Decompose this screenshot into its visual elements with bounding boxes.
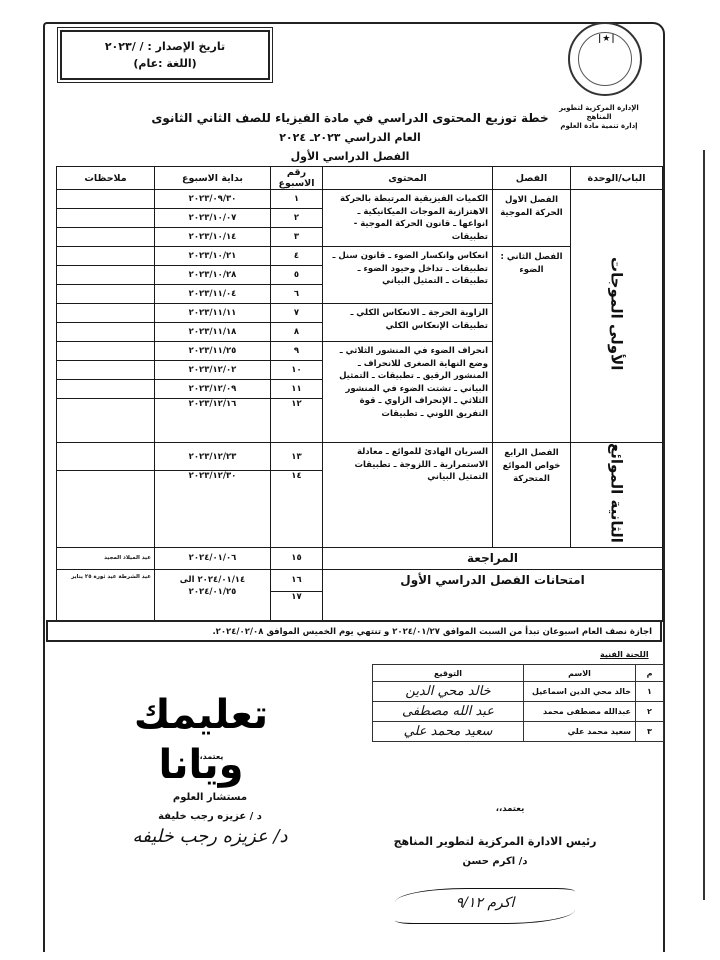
week-start: ٢٠٢٣/١٢/٠٩ — [155, 380, 271, 399]
flag-icon: |★| — [598, 34, 616, 44]
notes-cell — [57, 304, 155, 323]
content-cell: انعكاس وانكسار الضوء ـ قانون سنل ـ تطبيق… — [323, 247, 493, 304]
week-start: ٢٠٢٣/٠٩/٣٠ — [155, 190, 271, 209]
notes-cell — [57, 380, 155, 399]
committee-title: اللجنة الفنية — [600, 650, 649, 659]
committee-table: م الاسم التوقيع ١ خالد محي الدين اسماعيل… — [372, 664, 664, 742]
unit-cell: الأولى الموجات — [571, 190, 663, 443]
issue-info-box: تاريخ الإصدار : / /٢٠٢٣ (اللغة :عام) — [60, 30, 270, 80]
week-number: ١٣ — [271, 443, 323, 471]
table-header-row: الباب/الوحدة الفصل المحتوى رقم الاسبوع ب… — [57, 167, 663, 190]
committee-row: ١ خالد محي الدين اسماعيل خالد محي الدين — [373, 682, 664, 702]
member-signature: عبد الله مصطفى — [373, 702, 524, 722]
notes-cell: عيد الشرطة عيد ثورة ٢٥ يناير — [57, 569, 155, 621]
week-start: ٢٠٢٤/٠١/١٤ الى ٢٠٢٤/٠١/٢٥ — [155, 569, 271, 621]
exams-label: امتحانات الفصل الدراسي الأول — [323, 569, 663, 621]
notes-cell — [57, 471, 155, 548]
week-start: ٢٠٢٣/١١/٠٤ — [155, 285, 271, 304]
notes-cell — [57, 342, 155, 361]
week-number: ٩ — [271, 342, 323, 361]
table-row-exams: امتحانات الفصل الدراسي الأول ١٦ ٢٠٢٤/٠١/… — [57, 569, 663, 591]
unit-label: الثانية الموائع — [608, 443, 626, 543]
week-start: ٢٠٢٣/١١/١٨ — [155, 323, 271, 342]
week-start: ٢٠٢٣/١٠/٠٧ — [155, 209, 271, 228]
notes-cell — [57, 443, 155, 471]
notes-cell — [57, 361, 155, 380]
language-label: (اللغة :عام) — [62, 55, 268, 72]
week-start: ٢٠٢٣/١٠/١٤ — [155, 228, 271, 247]
member-name: عبدالله مصطفى محمد — [524, 702, 636, 722]
week-number: ١٢ — [271, 399, 323, 443]
member-name: خالد محي الدين اسماعيل — [524, 682, 636, 702]
col-chapter: الفصل — [493, 167, 571, 190]
member-signature: سعيد محمد علي — [373, 722, 524, 742]
notes-cell — [57, 209, 155, 228]
content-cell: السريان الهادئ للموائع ـ معادلة الاستمرا… — [323, 443, 493, 548]
unit-label: الأولى الموجات — [608, 257, 626, 370]
midyear-holiday-note: اجازة نصف العام اسبوعان تبدأ من السبت ال… — [46, 620, 662, 642]
page-edge — [703, 150, 705, 900]
chapter-cell: الفصل الثاني : الضوء — [493, 247, 571, 443]
col-signature: التوقيع — [373, 665, 524, 682]
week-number: ١٧ — [271, 591, 323, 621]
head-role: رئيس الادارة المركزية لتطوير المناهج — [370, 830, 620, 854]
week-number: ٧ — [271, 304, 323, 323]
document-title: خطة توزيع المحتوى الدراسي في مادة الفيزي… — [120, 108, 580, 128]
notes-cell — [57, 266, 155, 285]
week-number: ٢ — [271, 209, 323, 228]
advisor-approval-label: يعتمد،، — [130, 752, 290, 761]
col-name: الاسم — [524, 665, 636, 682]
col-unit: الباب/الوحدة — [571, 167, 663, 190]
head-approval-label: يعتمد،، — [460, 804, 560, 814]
term-label: الفصل الدراسي الأول — [120, 148, 580, 166]
review-label: المراجعة — [323, 547, 663, 569]
head-block: رئيس الادارة المركزية لتطوير المناهج د/ … — [370, 830, 620, 870]
notes-cell — [57, 399, 155, 443]
week-number: ٤ — [271, 247, 323, 266]
committee-row: ٣ سعيد محمد علي سعيد محمد علي — [373, 722, 664, 742]
advisor-role: مستشار العلوم — [110, 788, 310, 808]
ministry-logo-icon: |★| — [568, 22, 642, 96]
notes-cell — [57, 190, 155, 209]
notes-cell — [57, 323, 155, 342]
week-start: ٢٠٢٣/١٢/٣٠ — [155, 471, 271, 548]
member-index: ٣ — [636, 722, 664, 742]
col-content: المحتوى — [323, 167, 493, 190]
head-signature: اكرم ٩/١٢ — [395, 888, 575, 924]
notes-cell: عيد الميلاد المجيد — [57, 547, 155, 569]
committee-header-row: م الاسم التوقيع — [373, 665, 664, 682]
chapter-cell: الفصل الاول الحركة الموجية — [493, 190, 571, 247]
issue-date: تاريخ الإصدار : / /٢٠٢٣ — [62, 38, 268, 55]
member-index: ٢ — [636, 702, 664, 722]
week-start: ٢٠٢٣/١٠/٢٨ — [155, 266, 271, 285]
chapter-cell: الفصل الرابع خواص الموائع المتحركة — [493, 443, 571, 548]
advisor-name: د / عزيزه رجب خليفة — [110, 808, 310, 826]
week-start: ٢٠٢٣/١٢/٢٣ — [155, 443, 271, 471]
week-number: ٥ — [271, 266, 323, 285]
week-number: ٣ — [271, 228, 323, 247]
member-signature: خالد محي الدين — [373, 682, 524, 702]
notes-cell — [57, 285, 155, 304]
member-name: سعيد محمد علي — [524, 722, 636, 742]
content-cell: الزاوية الحرجة ـ الانعكاس الكلي ـ تطبيقا… — [323, 304, 493, 342]
week-start: ٢٠٢٣/١١/١١ — [155, 304, 271, 323]
col-notes: ملاحظات — [57, 167, 155, 190]
week-number: ١١ — [271, 380, 323, 399]
head-name: د/ اكرم حسن — [370, 854, 620, 870]
col-week-start: بداية الاسبوع — [155, 167, 271, 190]
document-title-block: خطة توزيع المحتوى الدراسي في مادة الفيزي… — [120, 108, 580, 166]
table-row: الأولى الموجات الفصل الاول الحركة الموجي… — [57, 190, 663, 209]
table-row-review: المراجعة ١٥ ٢٠٢٤/٠١/٠٦ عيد الميلاد المجي… — [57, 547, 663, 569]
week-number: ٦ — [271, 285, 323, 304]
week-number: ١٥ — [271, 547, 323, 569]
table-row: الثانية الموائع الفصل الرابع خواص الموائ… — [57, 443, 663, 471]
week-number: ١٤ — [271, 471, 323, 548]
week-start: ٢٠٢٣/١١/٢٥ — [155, 342, 271, 361]
advisor-signature: د/ عزيزه رجب خليفه — [110, 826, 310, 848]
content-cell: الكميات الفيزيقية المرتبطة بالحركة الاهت… — [323, 190, 493, 247]
week-number: ١ — [271, 190, 323, 209]
notes-cell — [57, 228, 155, 247]
committee-row: ٢ عبدالله مصطفى محمد عبد الله مصطفى — [373, 702, 664, 722]
member-index: ١ — [636, 682, 664, 702]
watermark-text: تعليمك ويانا — [86, 690, 316, 790]
content-cell: انحراف الضوء في المنشور الثلاثي ـ وضع ال… — [323, 342, 493, 443]
week-start: ٢٠٢٣/١٢/٠٢ — [155, 361, 271, 380]
advisor-block: مستشار العلوم د / عزيزه رجب خليفة د/ عزي… — [110, 788, 310, 848]
week-number: ٨ — [271, 323, 323, 342]
notes-cell — [57, 247, 155, 266]
content-distribution-table: الباب/الوحدة الفصل المحتوى رقم الاسبوع ب… — [56, 166, 663, 622]
week-number: ١٦ — [271, 569, 323, 591]
week-start: ٢٠٢٣/١٢/١٦ — [155, 399, 271, 443]
week-start: ٢٠٢٤/٠١/٠٦ — [155, 547, 271, 569]
academic-year: العام الدراسي ٢٠٢٣ـ ٢٠٢٤ — [120, 128, 580, 148]
col-week-number: رقم الاسبوع — [271, 167, 323, 190]
unit-cell: الثانية الموائع — [571, 443, 663, 548]
week-start: ٢٠٢٣/١٠/٢١ — [155, 247, 271, 266]
week-number: ١٠ — [271, 361, 323, 380]
col-index: م — [636, 665, 664, 682]
